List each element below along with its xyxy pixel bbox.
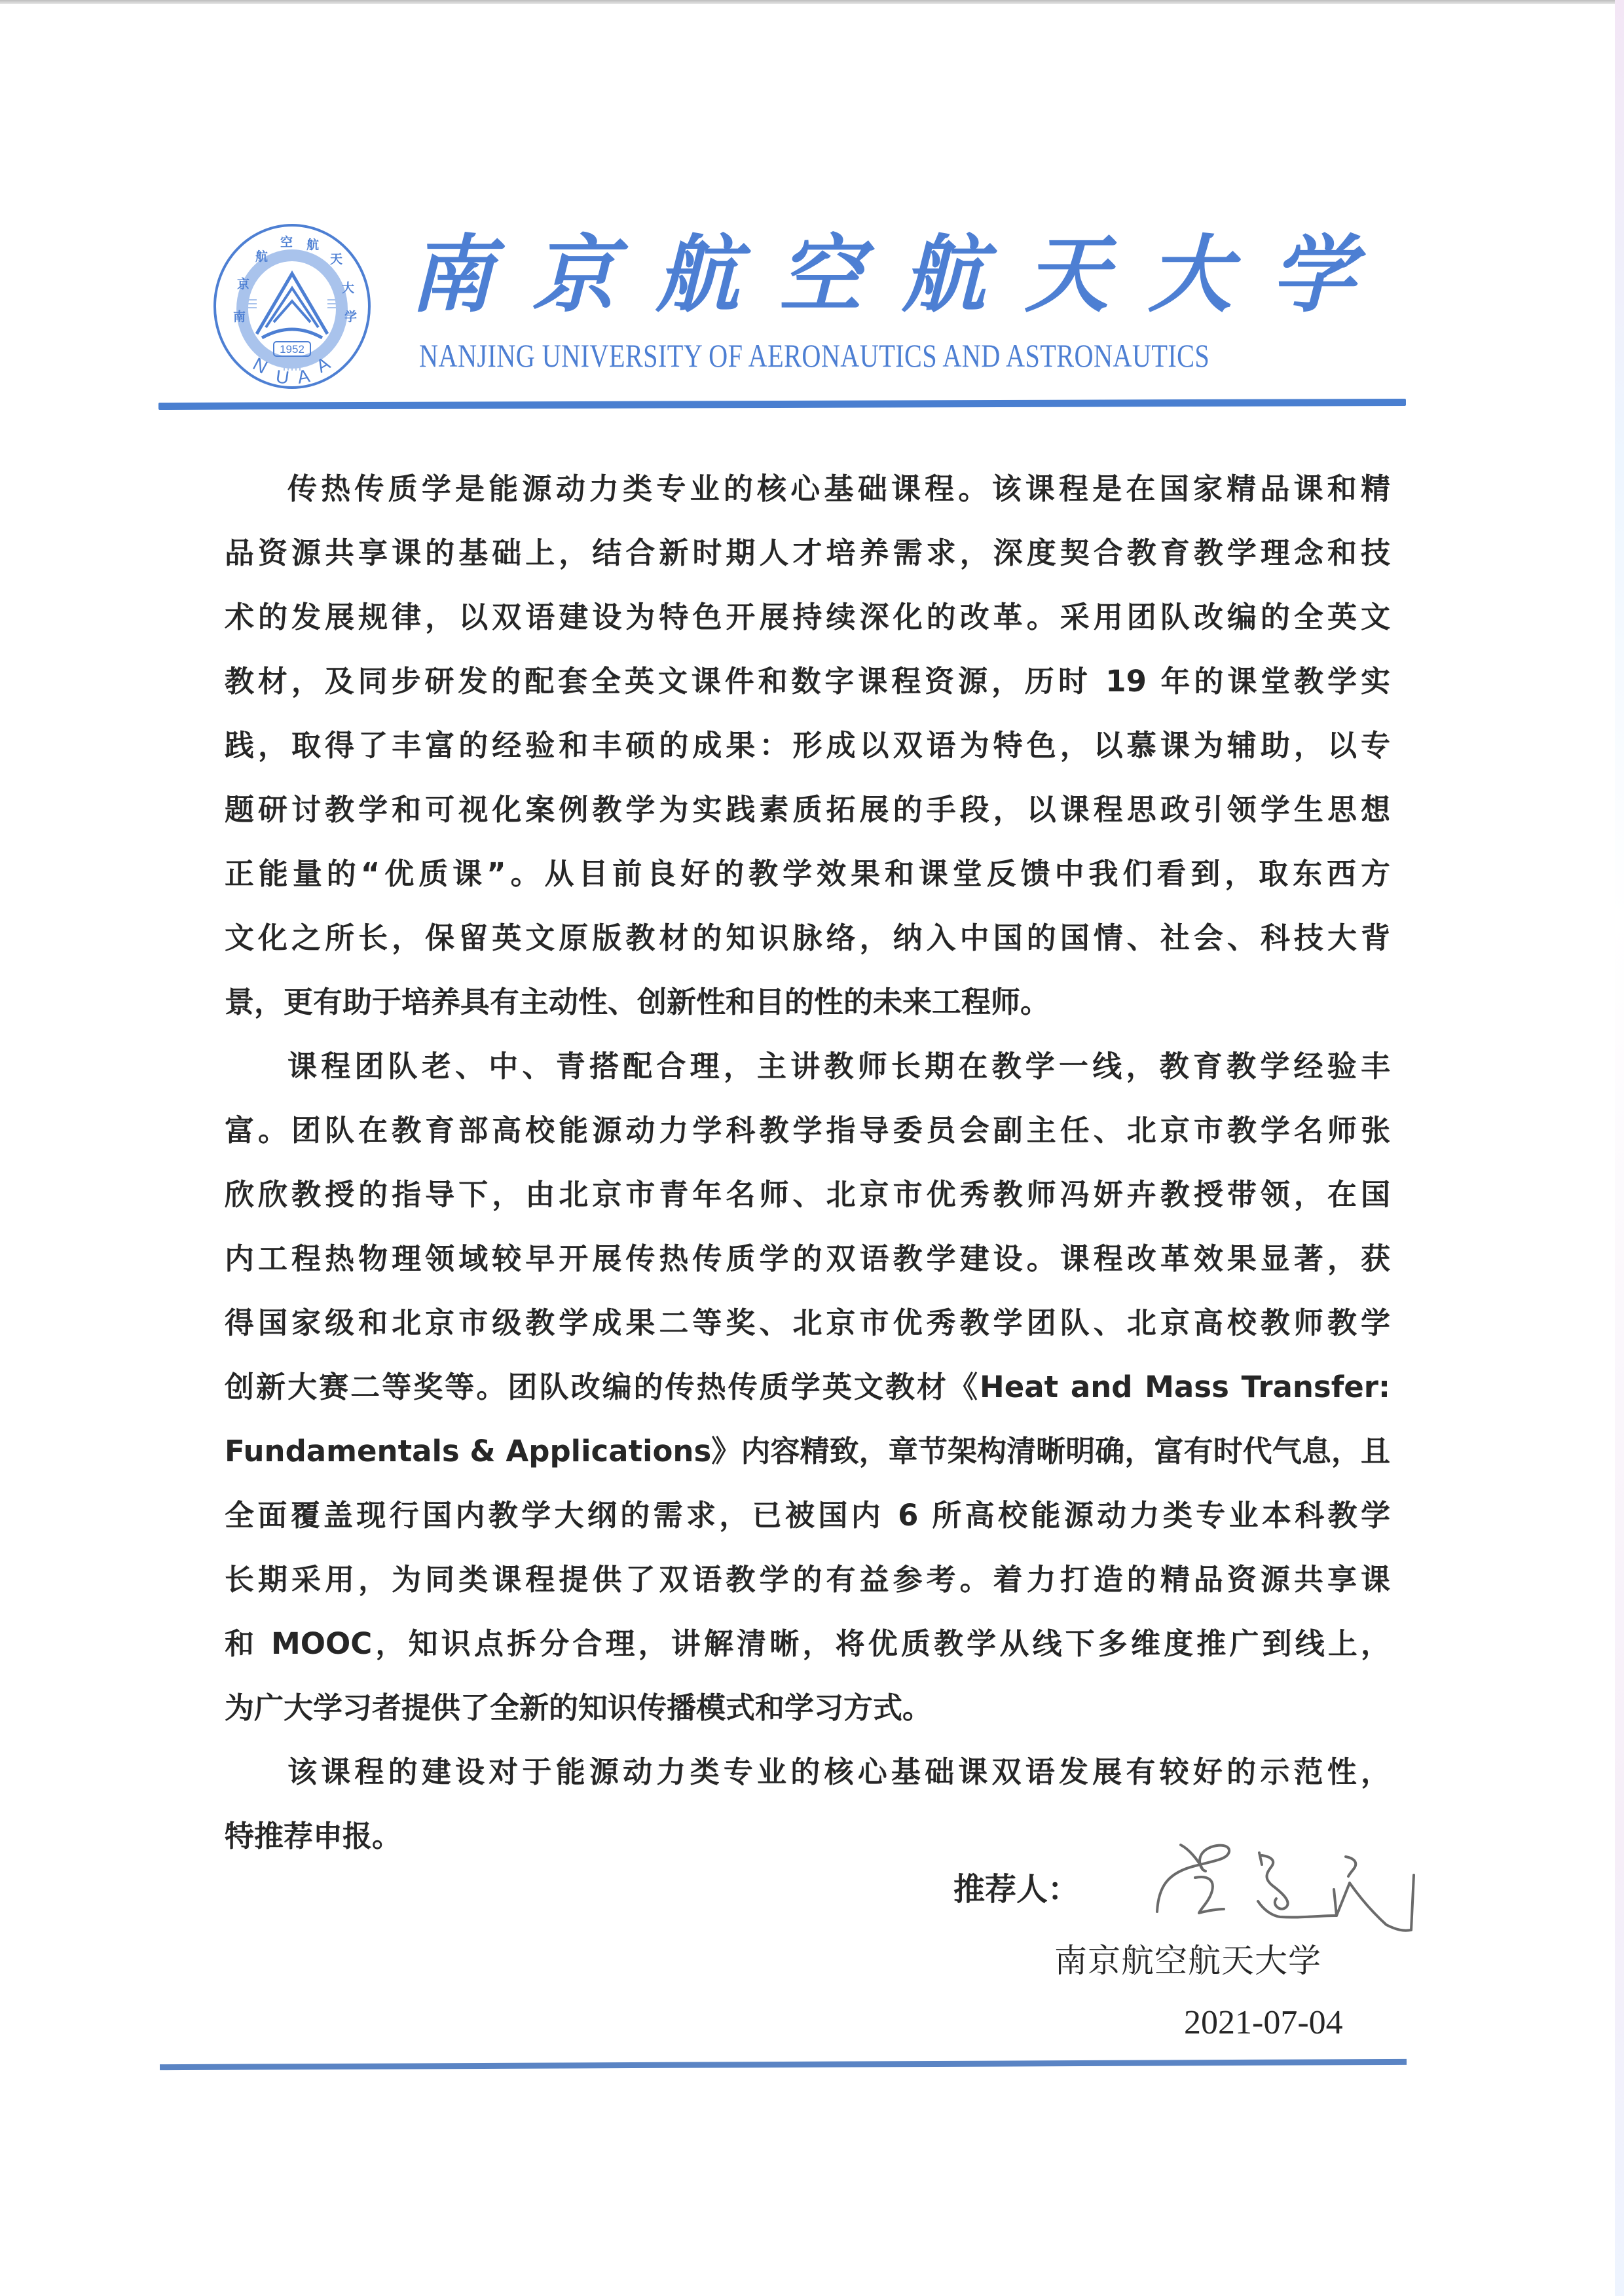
- svg-text:A: A: [296, 365, 312, 388]
- scan-edge-top: [0, 0, 1624, 4]
- svg-text:南: 南: [233, 310, 246, 324]
- text-line: 术的发展规律，以双语建设为特色开展持续深化的改革。采用团队改编的全英文: [225, 585, 1390, 649]
- nuaa-seal-icon: 1952 南京航 空航天 大学 N U A A: [211, 223, 373, 390]
- text-line: 富。团队在教育部高校能源动力学科教学指导委员会副主任、北京市教学名师张: [225, 1099, 1390, 1163]
- svg-text:航: 航: [255, 249, 268, 264]
- scan-edge-right: [1615, 0, 1624, 2296]
- text-line: 景，更有助于培养具有主动性、创新性和目的性的未来工程师。: [225, 970, 1390, 1034]
- university-name-cn: 南京航空航天大学: [409, 226, 1378, 324]
- text-line: 践，取得了丰富的经验和丰硕的成果：形成以双语为特色，以慕课为辅助，以专: [225, 714, 1390, 778]
- university-name-en: NANJING UNIVERSITY OF AERONAUTICS AND AS…: [419, 339, 1168, 372]
- text-line: 正能量的“优质课”。从目前良好的教学效果和课堂反馈中我们看到，取东西方: [225, 842, 1390, 906]
- text-line: 为广大学习者提供了全新的知识传播模式和学习方式。: [225, 1676, 1390, 1740]
- svg-text:空: 空: [280, 234, 293, 249]
- text-line: 传热传质学是能源动力类专业的核心基础课程。该课程是在国家精品课和精: [225, 457, 1390, 521]
- footer-divider: [160, 2059, 1407, 2070]
- paragraph-2: 课程团队老、中、青搭配合理，主讲教师长期在教学一线，教育教学经验丰 富。团队在教…: [225, 1034, 1390, 1740]
- text-line: 和 MOOC，知识点拆分合理，讲解清晰，将优质教学从线下多维度推广到线上，: [225, 1612, 1390, 1676]
- svg-text:天: 天: [330, 252, 342, 266]
- text-line: 文化之所长，保留英文原版教材的知识脉络，纳入中国的国情、社会、科技大背: [225, 906, 1390, 970]
- svg-text:学: 学: [344, 309, 357, 324]
- svg-text:京: 京: [237, 276, 249, 291]
- text-line: 题研讨教学和可视化案例教学为实践素质拓展的手段，以课程思政引领学生思想: [225, 778, 1390, 842]
- text-line: 得国家级和北京市级教学成果二等奖、北京市优秀教学团队、北京高校教师教学: [225, 1291, 1390, 1355]
- text-line: 品资源共享课的基础上，结合新时期人才培养需求，深度契合教育教学理念和技: [225, 521, 1390, 585]
- letter-date: 2021-07-04: [1184, 2003, 1343, 2043]
- text-line: 课程团队老、中、青搭配合理，主讲教师长期在教学一线，教育教学经验丰: [225, 1034, 1390, 1099]
- svg-text:1952: 1952: [280, 343, 304, 355]
- text-line: 长期采用，为同类课程提供了双语教学的有益参考。着力打造的精品资源共享课: [225, 1548, 1390, 1612]
- svg-text:大: 大: [342, 280, 354, 295]
- svg-text:航: 航: [306, 237, 319, 252]
- paragraph-1: 传热传质学是能源动力类专业的核心基础课程。该课程是在国家精品课和精 品资源共享课…: [225, 457, 1390, 1034]
- recommender-organization: 南京航空航天大学: [1054, 1941, 1321, 1980]
- text-line: 创新大赛二等奖等。团队改编的传热传质学英文教材《Heat and Mass Tr…: [225, 1355, 1390, 1419]
- header-divider: [158, 399, 1406, 410]
- handwritten-signature-icon: [1143, 1833, 1424, 1944]
- recommender-label: 推荐人：: [953, 1870, 1079, 1909]
- text-line: 全面覆盖现行国内教学大纲的需求，已被国内 6 所高校能源动力类专业本科教学: [225, 1484, 1390, 1548]
- text-line: Fundamentals & Applications》内容精致，章节架构清晰明…: [225, 1419, 1390, 1484]
- letter-body: 传热传质学是能源动力类专业的核心基础课程。该课程是在国家精品课和精 品资源共享课…: [225, 457, 1390, 1868]
- text-line: 内工程热物理领域较早开展传热传质学的双语教学建设。课程改革效果显著，获: [225, 1227, 1390, 1291]
- svg-text:U: U: [274, 366, 290, 388]
- text-line: 该课程的建设对于能源动力类专业的核心基础课双语发展有较好的示范性，: [225, 1740, 1390, 1804]
- text-line: 教材，及同步研发的配套全英文课件和数字课程资源，历时 19 年的课堂教学实: [225, 649, 1390, 714]
- text-line: 欣欣教授的指导下，由北京市青年名师、北京市优秀教师冯妍卉教授带领，在国: [225, 1163, 1390, 1227]
